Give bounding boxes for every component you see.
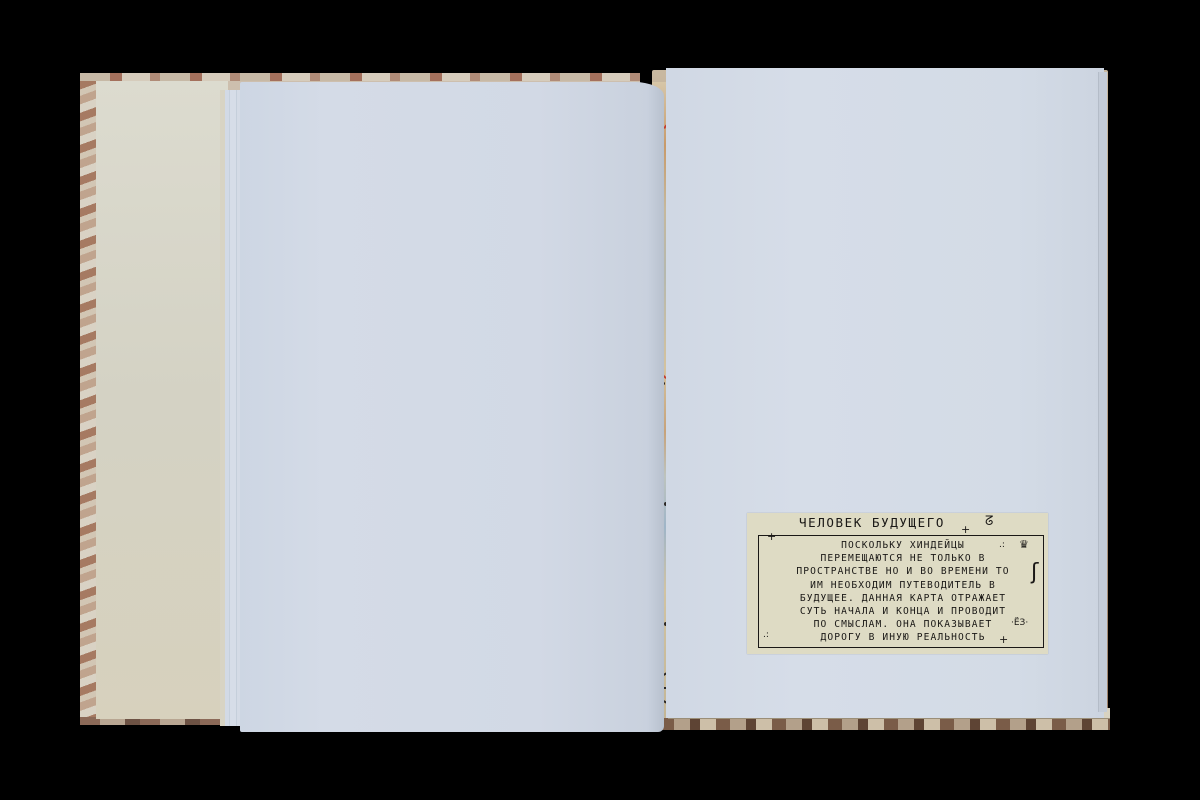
left-blank-page[interactable] [240,82,664,732]
label-title: ЧЕЛОВЕК БУДУЩЕГО [799,515,945,530]
handwritten-label-card: ЧЕЛОВЕК БУДУЩЕГО ᘔ + + .: ♛ ʃ .: ·ЁЗ· + … [747,513,1048,654]
dots-mark-icon: .: [763,630,769,640]
label-line: ПЕРЕМЕЩАЮТСЯ НЕ ТОЛЬКО В [773,552,1033,565]
label-body-text: ПОСКОЛЬКУ ХИНДЕЙЦЫ ПЕРЕМЕЩАЮТСЯ НЕ ТОЛЬК… [773,539,1033,645]
right-page-stack-edge [1098,72,1107,712]
label-line: ИМ НЕОБХОДИМ ПУТЕВОДИТЕЛЬ В [773,579,1033,592]
label-line: ПО СМЫСЛАМ. ОНА ПОКАЗЫВАЕТ [773,618,1033,631]
label-line: ПОСКОЛЬКУ ХИНДЕЙЦЫ [773,539,1033,552]
cover-left-edge-pattern [80,81,96,717]
label-line: ПРОСТРАНСТВЕ НО И ВО ВРЕМЕНИ ТО [773,565,1033,578]
label-line: БУДУЩЕЕ. ДАННАЯ КАРТА ОТРАЖАЕТ [773,592,1033,605]
cover-top-edge-pattern [80,73,640,81]
left-endpaper [96,81,228,719]
scribble-icon: ᘔ [985,514,993,529]
label-line: СУТЬ НАЧАЛА И КОНЦА И ПРОВОДИТ [773,605,1033,618]
label-line: ДОРОГУ В ИНУЮ РЕАЛЬНОСТЬ [773,631,1033,644]
label-frame: + .: ♛ ʃ .: ·ЁЗ· + ПОСКОЛЬКУ ХИНДЕЙЦЫ ПЕ… [758,535,1044,648]
